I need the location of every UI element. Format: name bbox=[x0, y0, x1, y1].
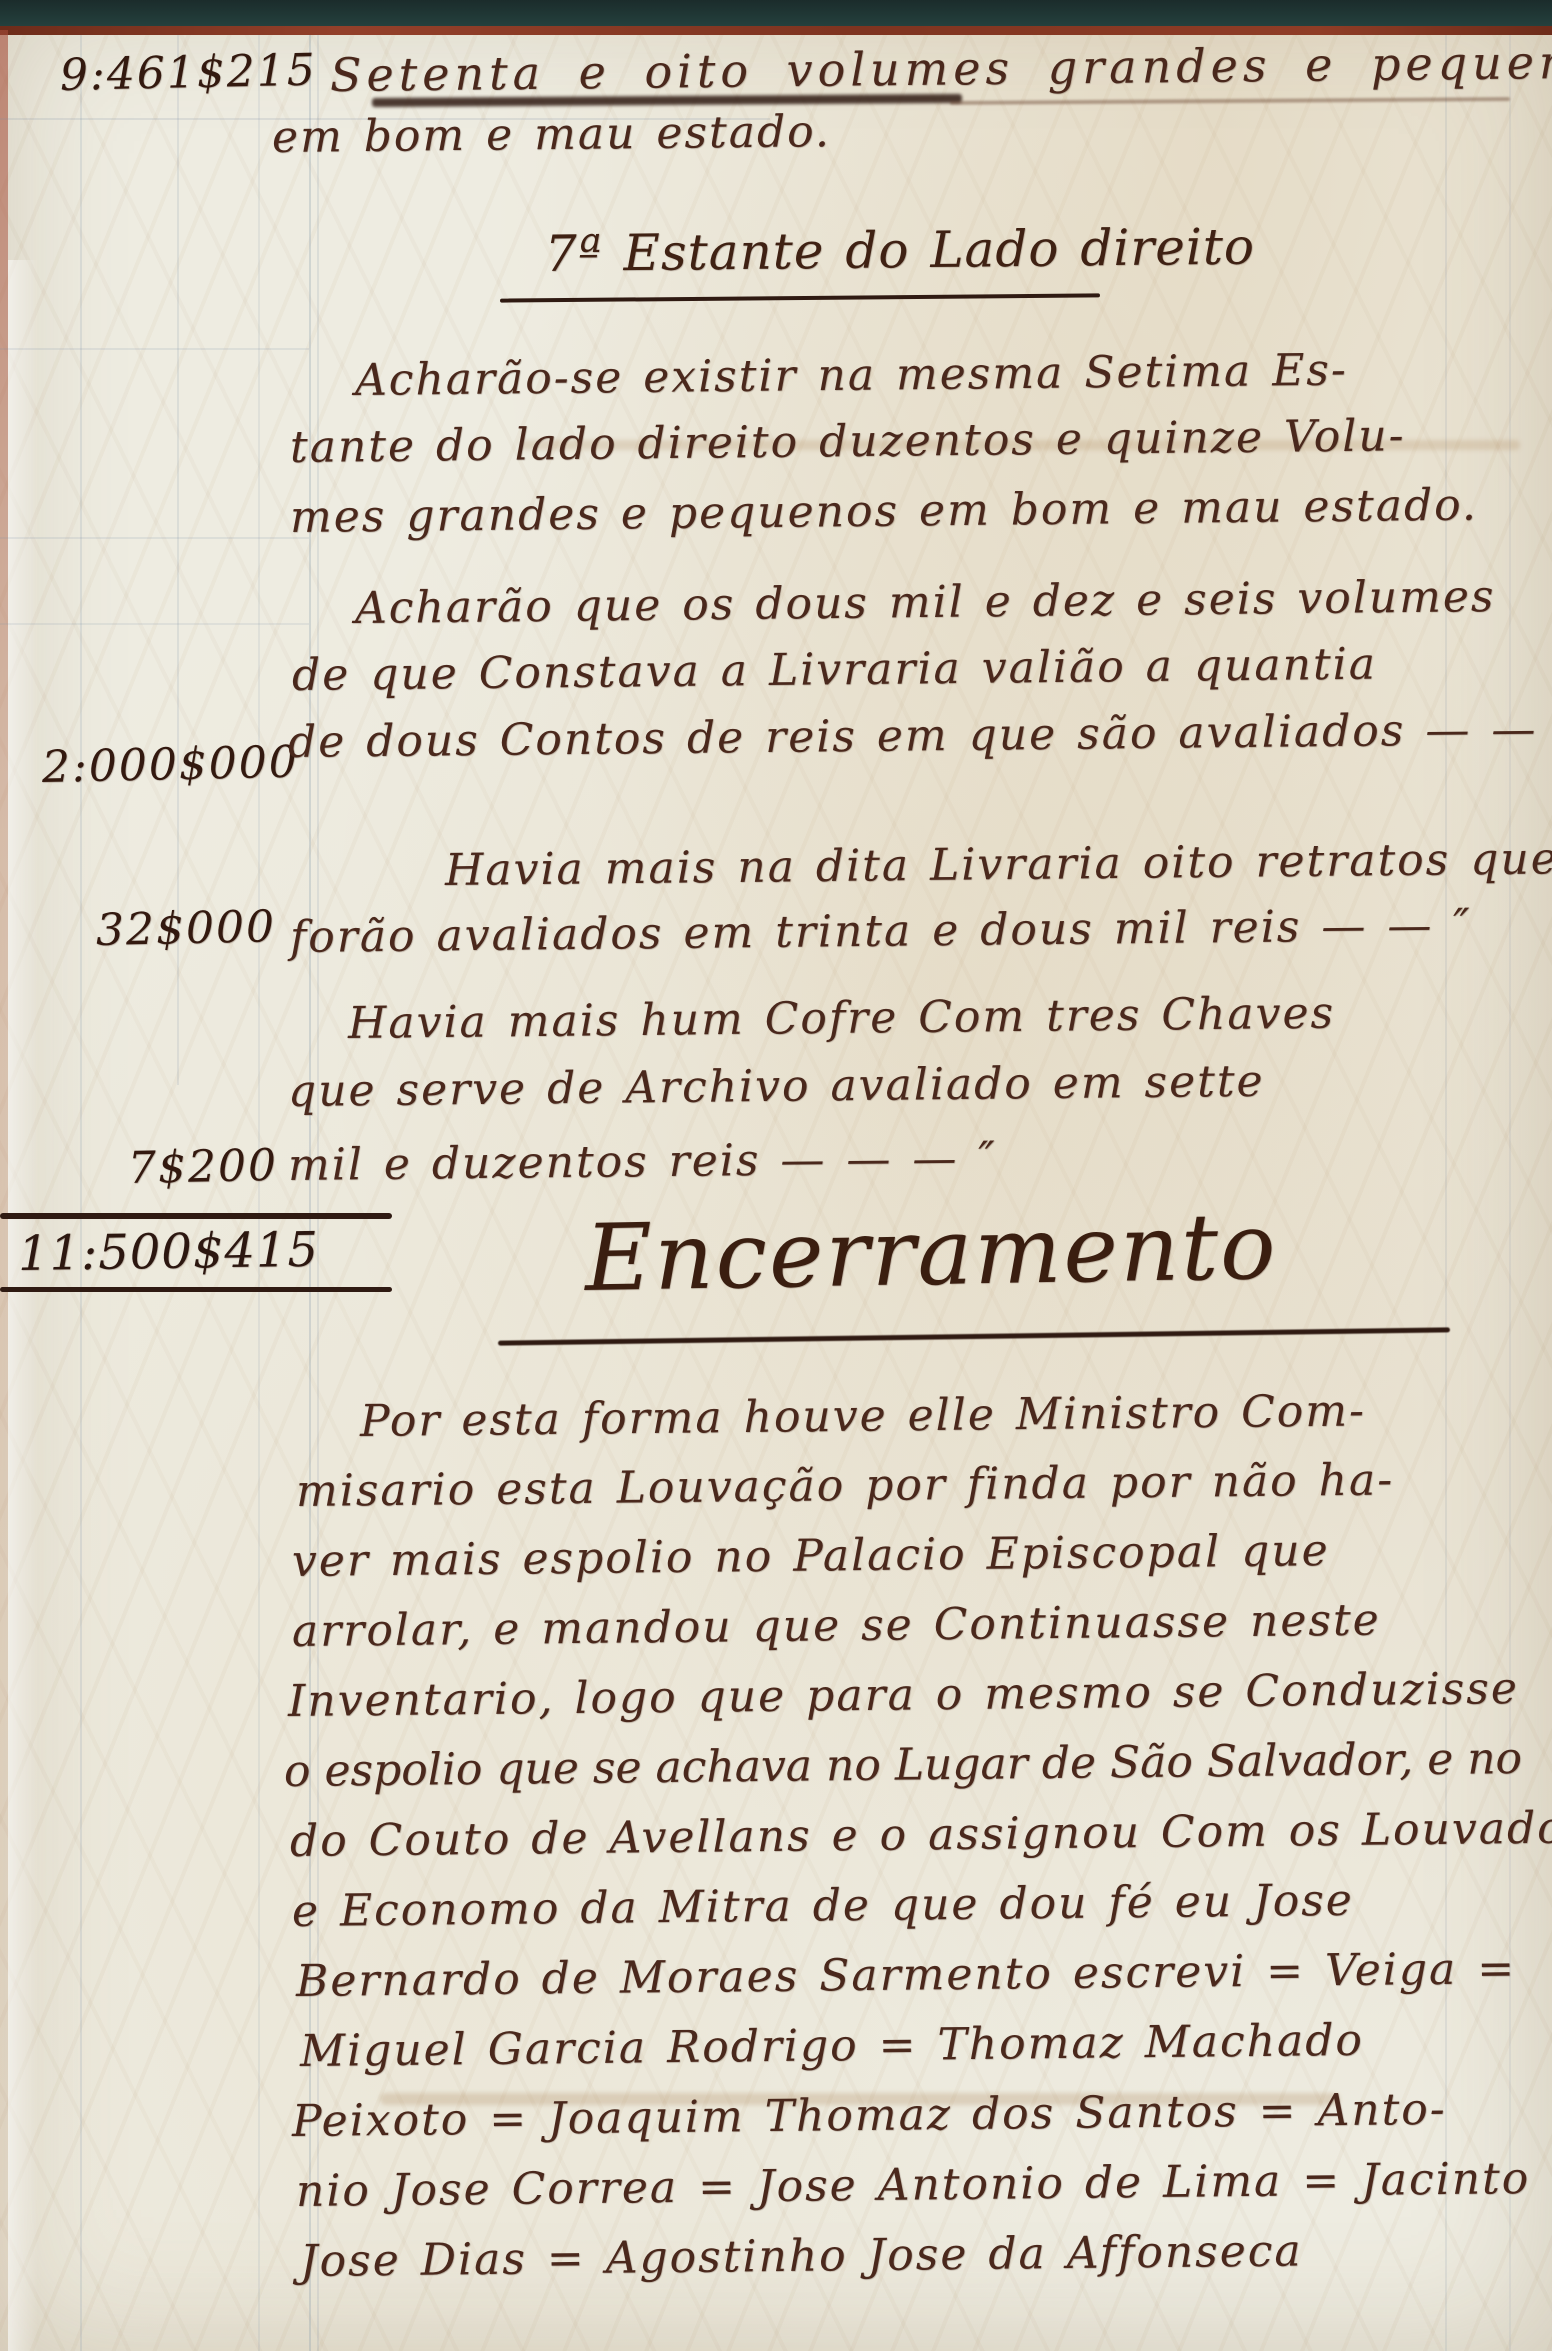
closing-line: Inventario, logo que para o mesmo se Con… bbox=[288, 1663, 1519, 1727]
ledger-vline bbox=[1509, 35, 1511, 2351]
paragraph-line: mil e duzentos reis — — — ″ bbox=[288, 1133, 997, 1191]
margin-amount-4: 7$200 bbox=[127, 1140, 278, 1194]
paragraph-line: Havia mais hum Cofre Com tres Chaves bbox=[348, 988, 1336, 1049]
opening-line: em bom e mau estado. bbox=[272, 106, 831, 163]
paragraph-line: Havia mais na dita Livraria oito retrato… bbox=[445, 833, 1552, 896]
photo-background-band bbox=[0, 0, 1552, 26]
closing-line: Por esta forma houve elle Ministro Com- bbox=[360, 1385, 1366, 1447]
paragraph-line: Acharão que os dous mil e dez e seis vol… bbox=[355, 571, 1496, 634]
underline-flourish-tail bbox=[950, 97, 1510, 105]
manuscript-page: 9:461$215 2:000$000 32$000 7$200 11:500$… bbox=[0, 0, 1552, 2351]
closing-line: ver mais espolio no Palacio Episcopal qu… bbox=[292, 1525, 1330, 1587]
closing-line: o espolio que se achava no Lugar de São … bbox=[284, 1733, 1523, 1797]
paragraph-line: de que Constava a Livraria valião a quan… bbox=[292, 639, 1377, 701]
total-rule-top bbox=[0, 1213, 392, 1219]
ledger-vline bbox=[1445, 35, 1447, 2351]
closing-line: e Economo da Mitra de que dou fé eu Jose bbox=[292, 1875, 1354, 1937]
signature-line: Jose Dias = Agostinho Jose da Affonseca bbox=[300, 2226, 1303, 2287]
paragraph-line: que serve de Archivo avaliado em sette bbox=[288, 1056, 1265, 1117]
paragraph-line: forão avaliados em trinta e dous mil rei… bbox=[290, 900, 1472, 963]
signature-line: Peixoto = Joaquim Thomaz dos Santos = An… bbox=[292, 2084, 1447, 2147]
ledger-hline bbox=[0, 623, 309, 625]
opening-line: Setenta e oito volumes grandes e pequeno… bbox=[330, 34, 1552, 102]
paragraph-line: Acharão-se existir na mesma Setima Es- bbox=[355, 345, 1348, 406]
signature-line: Miguel Garcia Rodrigo = Thomaz Machado bbox=[300, 2015, 1364, 2077]
margin-amount-3: 32$000 bbox=[95, 901, 276, 956]
margin-amount-1: 9:461$215 bbox=[59, 45, 317, 101]
closing-line: misario esta Louvação por finda por não … bbox=[296, 1455, 1395, 1517]
signature-line: nio Jose Correa = Jose Antonio de Lima =… bbox=[296, 2153, 1531, 2217]
closing-line: do Couto de Avellans e o assignou Com os… bbox=[290, 1802, 1552, 1867]
ledger-hline bbox=[0, 537, 309, 539]
ledger-vline bbox=[258, 35, 260, 2351]
closing-line: arrolar, e mandou que se Continuasse nes… bbox=[292, 1595, 1381, 1657]
margin-amount-2: 2:000$000 bbox=[41, 737, 299, 793]
closing-heading: Encerramento bbox=[584, 1193, 1278, 1312]
paragraph-line: tante do lado direito duzentos e quinze … bbox=[290, 410, 1406, 473]
section-heading: 7ª Estante do Lado direito bbox=[545, 218, 1256, 283]
total-rule-bottom bbox=[0, 1287, 392, 1292]
page-left-edge bbox=[0, 30, 8, 2351]
closing-heading-underline bbox=[498, 1327, 1450, 1345]
ledger-hline bbox=[0, 348, 309, 350]
page-left-highlight bbox=[8, 260, 38, 2351]
ledger-vline bbox=[80, 35, 82, 2351]
ledger-total: 11:500$415 bbox=[18, 1222, 320, 1282]
page-top-edge bbox=[0, 26, 1552, 35]
paragraph-line: mes grandes e pequenos em bom e mau esta… bbox=[290, 480, 1478, 543]
paragraph-line: de dous Contos de reis em que são avalia… bbox=[288, 704, 1552, 768]
signature-line: Bernardo de Moraes Sarmento escrevi = Ve… bbox=[296, 1943, 1517, 2007]
heading-underline bbox=[500, 293, 1100, 302]
